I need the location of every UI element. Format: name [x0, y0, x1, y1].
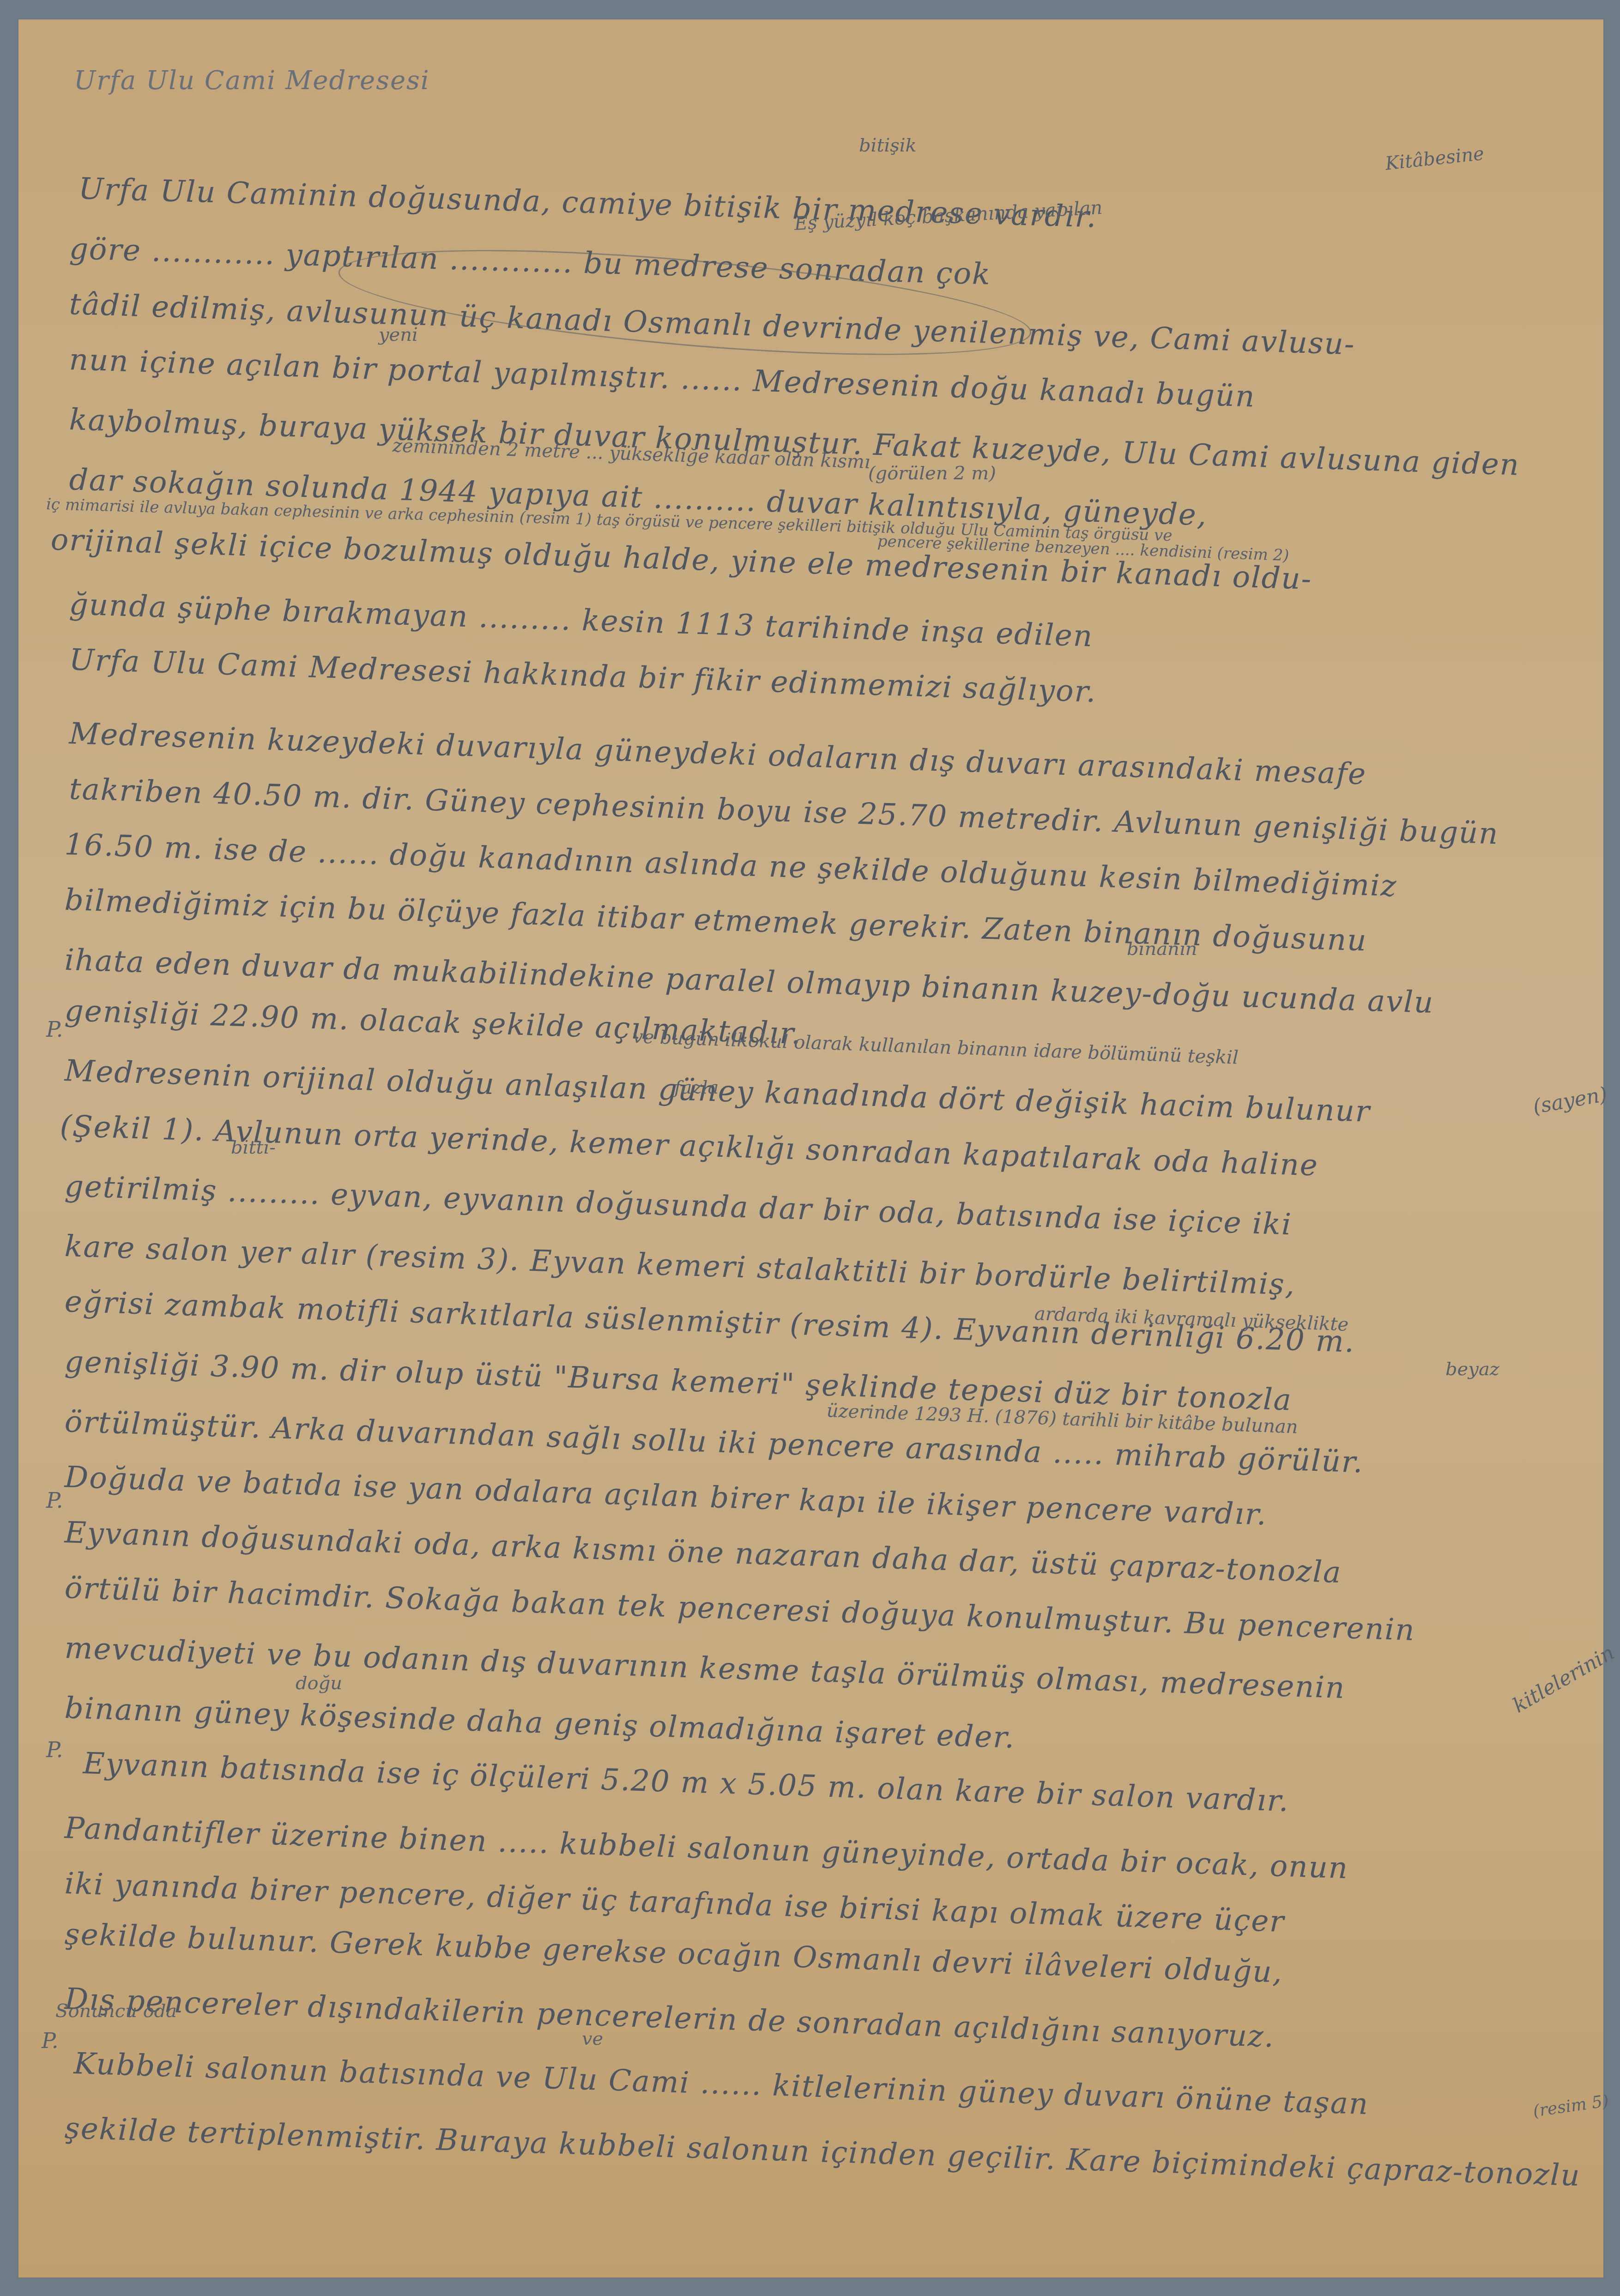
- margin-note-resim-5: (resim 5): [1532, 2091, 1610, 2121]
- text-line: Urfa Ulu Cami Medresesi hakkında bir fik…: [69, 643, 1097, 709]
- insertion-ve: ve: [582, 2028, 603, 2049]
- insertion: bitti-: [231, 1137, 276, 1158]
- insertion-kitabesine: Kitâbesine: [1384, 143, 1485, 175]
- text-line: mevcudiyeti ve bu odanın dış duvarının k…: [64, 1631, 1346, 1705]
- insertion: ve bugün ilkokul olarak kullanılan binan…: [632, 1026, 1239, 1069]
- margin-note-kitlelerinin: kitlelerinin: [1509, 1641, 1618, 1717]
- page-title: Urfa Ulu Cami Medresesi: [74, 66, 430, 96]
- title-text: Urfa Ulu Cami Medresesi: [74, 66, 430, 96]
- text-line: binanın güney köşesinde daha geniş olmad…: [64, 1691, 1016, 1755]
- paragraph-mark: P.: [46, 1488, 63, 1513]
- margin-note-sayen: (sayen): [1531, 1082, 1609, 1118]
- insertion-dogu: doğu: [296, 1673, 342, 1694]
- paragraph-mark: P.: [46, 1017, 63, 1042]
- manuscript-page: Urfa Ulu Cami Medresesi bitişik Kitâbesi…: [18, 19, 1603, 2278]
- insertion-sonuncu-oda: Sonuncu oda: [55, 2000, 177, 2022]
- insertion-fazla: fazla: [674, 1077, 719, 1098]
- insertion-binanin: binanın: [1127, 938, 1197, 960]
- paragraph-mark: P.: [46, 1737, 63, 1762]
- text-line: şekilde tertiplenmiştir. Buraya kubbeli …: [64, 2111, 1581, 2193]
- insertion-yeni: yeni: [379, 324, 418, 345]
- text-line: Kubbeli salonun batısında ve Ulu Cami ..…: [73, 2047, 1370, 2121]
- insertion-beyaz: beyaz: [1445, 1359, 1499, 1380]
- text-line: genişliği 3.90 m. dir olup üstü "Bursa k…: [64, 1345, 1293, 1417]
- text-line: ğunda şüphe bırakmayan ......... kesin 1…: [69, 587, 1094, 654]
- text-line: getirilmiş ......... eyvan, eyvanın doğu…: [64, 1169, 1293, 1242]
- text-line: Dış pencereler dışındakilerin pencereler…: [64, 1982, 1275, 2054]
- text-line: Eyvanın batısında ise iç ölçüleri 5.20 m…: [83, 1746, 1290, 1819]
- text-line: nun içine açılan bir portal yapılmıştır.…: [69, 343, 1256, 414]
- paragraph-mark: P.: [42, 2028, 58, 2053]
- insertion-bitisik: bitişik: [859, 135, 917, 156]
- insertion: (görülen 2 m): [868, 463, 996, 484]
